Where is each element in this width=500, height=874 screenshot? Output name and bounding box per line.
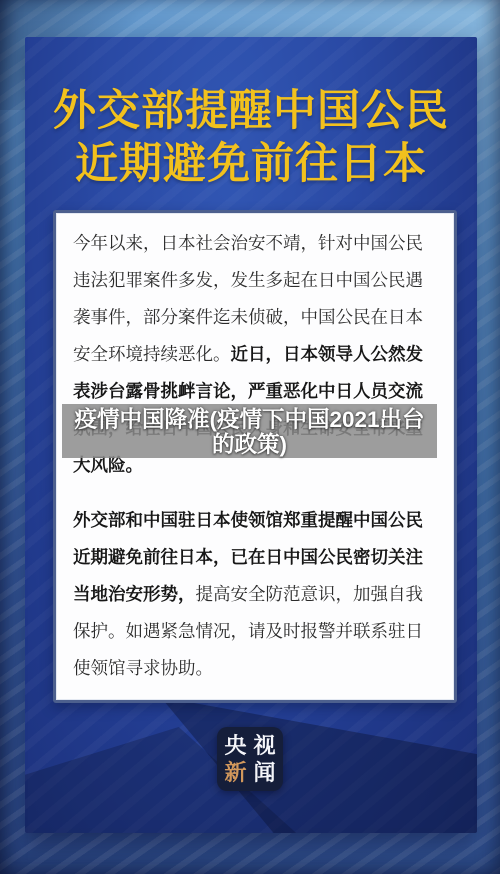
text-segment: 近期避免前往日本，已在日中国公民密切关注 (73, 547, 423, 567)
text-segment: 安全环境持续恶化。 (73, 344, 231, 364)
logo-char: 闻 (254, 761, 276, 785)
announcement-text-line: 外交部和中国驻日本使领馆郑重提醒中国公民 (73, 502, 439, 539)
announcement-text-line: 今年以来，日本社会治安不靖，针对中国公民 (73, 225, 439, 262)
seo-caption-line: 的政策) (62, 432, 437, 457)
text-segment: 当地治安形势， (73, 584, 196, 604)
announcement-paragraph: 外交部和中国驻日本使领馆郑重提醒中国公民近期避免前往日本，已在日中国公民密切关注… (73, 502, 439, 687)
seo-caption-line: 疫情中国降准(疫情下中国2021出台 (62, 407, 437, 432)
logo-row: 新闻 (224, 761, 275, 785)
text-segment: 提高安全防范意识，加强自我 (196, 584, 424, 604)
text-segment: 表涉台露骨挑衅言论，严重恶化中日人员交流 (73, 381, 423, 401)
logo-char: 视 (254, 734, 276, 758)
text-segment: 袭事件，部分案件迄未侦破，中国公民在日本 (73, 307, 423, 327)
logo-char: 央 (224, 734, 246, 758)
text-segment: 大风险。 (73, 455, 143, 475)
logo-row: 央视 (224, 734, 275, 758)
announcement-text-line: 保护。如遇紧急情况，请及时报警并联系驻日 (73, 613, 439, 650)
text-segment: 使领馆寻求协助。 (73, 658, 213, 678)
seo-caption-overlay: 疫情中国降准(疫情下中国2021出台 的政策) (62, 404, 437, 458)
poster-title-line: 近期避免前往日本 (25, 138, 477, 191)
text-segment: 近日，日本领导人公然发 (231, 344, 424, 364)
cctv-news-logo: 央视新闻 (217, 727, 283, 791)
text-segment: 违法犯罪案件多发，发生多起在日中国公民遇 (73, 270, 423, 290)
announcement-text-line: 安全环境持续恶化。近日，日本领导人公然发 (73, 336, 439, 373)
announcement-text-line: 使领馆寻求协助。 (73, 650, 439, 687)
news-poster-screenshot: 外交部提醒中国公民 近期避免前往日本 今年以来，日本社会治安不靖，针对中国公民违… (0, 0, 500, 874)
text-segment: 保护。如遇紧急情况，请及时报警并联系驻日 (73, 621, 423, 641)
logo-char: 新 (224, 761, 246, 785)
announcement-text-line: 近期避免前往日本，已在日中国公民密切关注 (73, 539, 439, 576)
text-segment: 今年以来，日本社会治安不靖，针对中国公民 (73, 233, 423, 253)
announcement-text-line: 袭事件，部分案件迄未侦破，中国公民在日本 (73, 299, 439, 336)
poster-title-line: 外交部提醒中国公民 (25, 85, 477, 138)
announcement-text-line: 违法犯罪案件多发，发生多起在日中国公民遇 (73, 262, 439, 299)
announcement-text-line: 当地治安形势，提高安全防范意识，加强自我 (73, 576, 439, 613)
poster-title: 外交部提醒中国公民 近期避免前往日本 (25, 85, 477, 191)
text-segment: 外交部和中国驻日本使领馆郑重提醒中国公民 (73, 510, 423, 530)
